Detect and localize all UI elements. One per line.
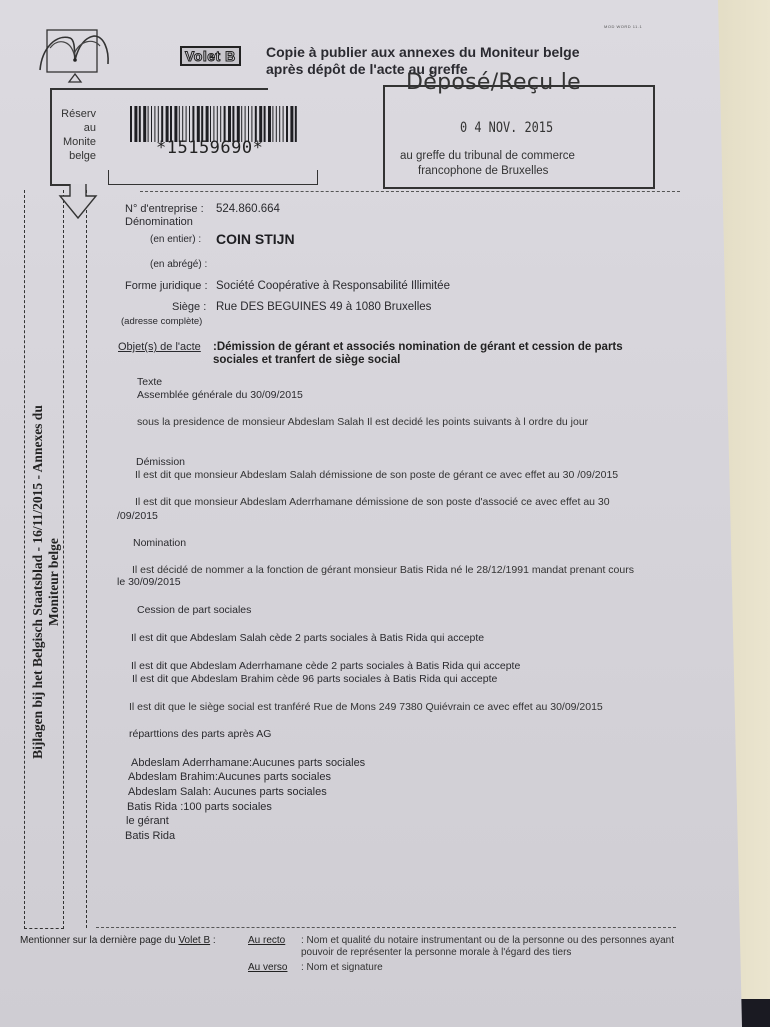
reserved-label: Réserv au Monite belge <box>52 107 96 163</box>
objet-text: :Démission de gérant et associés nominat… <box>213 341 653 367</box>
body-line: Assemblée générale du 30/09/2015 <box>137 389 303 401</box>
body-line: Cession de part sociales <box>137 604 251 616</box>
body-line: réparttions des parts après AG <box>129 728 271 740</box>
denomination-label: Dénomination <box>125 216 193 228</box>
reserved-box-top <box>50 88 268 90</box>
footer-mention-prefix: Mentionner sur la dernière page du <box>20 935 178 946</box>
reserved-label-line: au <box>52 121 96 135</box>
body-line: Démission <box>136 456 185 468</box>
bottom-dashed-rule <box>96 927 676 928</box>
barcode-frame <box>108 170 318 185</box>
body-line: Il est décidé de nommer a la fonction de… <box>132 564 634 576</box>
side-margin-publication-text: Bijlagen bij het Belgisch Staatsblad - 1… <box>30 402 62 762</box>
full-name-label: (en entier) : <box>150 234 201 245</box>
footer-verso-text: : Nom et signature <box>301 962 383 973</box>
body-line: Il est dit que monsieur Abdeslam Aderrha… <box>135 496 610 508</box>
down-arrow-icon <box>58 184 98 220</box>
body-line: Il est dit que Abdeslam Brahim cède 96 p… <box>132 673 497 685</box>
abbrev-label: (en abrégé) : <box>150 259 207 270</box>
reserved-label-line: belge <box>52 149 96 163</box>
barcode-icon <box>130 106 298 142</box>
seat-label: Siège : <box>172 301 206 313</box>
volet-b-badge: Volet B <box>180 46 241 66</box>
footer-mention: Mentionner sur la dernière page du Volet… <box>20 935 216 946</box>
body-line: /09/2015 <box>117 510 158 522</box>
reserved-label-line: Monite <box>52 135 96 149</box>
body-line: Il est dit que Abdeslam Aderrhamane cède… <box>131 660 520 672</box>
seat-address: Rue DES BEGUINES 49 à 1080 Bruxelles <box>216 301 431 313</box>
stamp-title: Déposé/Reçu le <box>406 70 581 95</box>
footer-recto-label: Au recto <box>248 935 285 946</box>
footer-mention-suffix: : <box>210 935 216 946</box>
margin-dashed-divider <box>86 190 97 928</box>
top-dashed-rule <box>140 191 680 192</box>
body-line: Il est dit que Abdeslam Salah cède 2 par… <box>131 632 484 644</box>
stamp-line-2: francophone de Bruxelles <box>418 165 548 177</box>
body-line: Il est dit que monsieur Abdeslam Salah d… <box>135 469 618 481</box>
company-name: COIN STIJN <box>216 231 295 247</box>
document-page: Volet B Copie à publier aux annexes du M… <box>0 0 770 1027</box>
body-line: le gérant <box>126 815 169 827</box>
barcode-number: *15159690* <box>156 138 263 158</box>
enterprise-number: 524.860.664 <box>216 203 280 215</box>
reserved-label-line: Réserv <box>52 107 96 121</box>
legal-form-label: Forme juridique : <box>125 280 208 292</box>
body-line: Batis Rida :100 parts sociales <box>127 801 272 813</box>
enterprise-number-label: N° d'entreprise : <box>125 203 204 215</box>
body-line: Texte <box>137 376 162 388</box>
seat-sub-label: (adresse complète) <box>121 316 202 327</box>
body-line: Batis Rida <box>125 830 175 842</box>
stamp-date: 0 4 NOV. 2015 <box>460 120 553 136</box>
body-line: Il est dit que le siège social est tranf… <box>129 701 603 713</box>
body-line: sous la presidence de monsieur Abdeslam … <box>137 416 588 428</box>
objet-label: Objet(s) de l'acte <box>118 341 201 353</box>
body-line: Abdeslam Brahim:Aucunes parts sociales <box>128 771 331 783</box>
body-line: Abdeslam Salah: Aucunes parts sociales <box>128 786 327 798</box>
form-code: MOD WORD 11.1 <box>604 24 642 29</box>
footer-mention-volet: Volet B <box>178 935 210 946</box>
stamp-line-1: au greffe du tribunal de commerce <box>400 150 575 162</box>
legal-form: Société Coopérative à Responsabilité Ill… <box>216 280 450 292</box>
body-line: Abdeslam Aderrhamane:Aucunes parts socia… <box>131 757 365 769</box>
background-corner <box>740 999 770 1027</box>
body-line: Nomination <box>133 537 186 549</box>
footer-recto-text: : Nom et qualité du notaire instrumentan… <box>301 935 681 959</box>
moniteur-logo-icon <box>36 24 114 84</box>
body-line: le 30/09/2015 <box>117 576 181 588</box>
title-line-1: Copie à publier aux annexes du Moniteur … <box>266 44 580 61</box>
footer-verso-label: Au verso <box>248 962 287 973</box>
